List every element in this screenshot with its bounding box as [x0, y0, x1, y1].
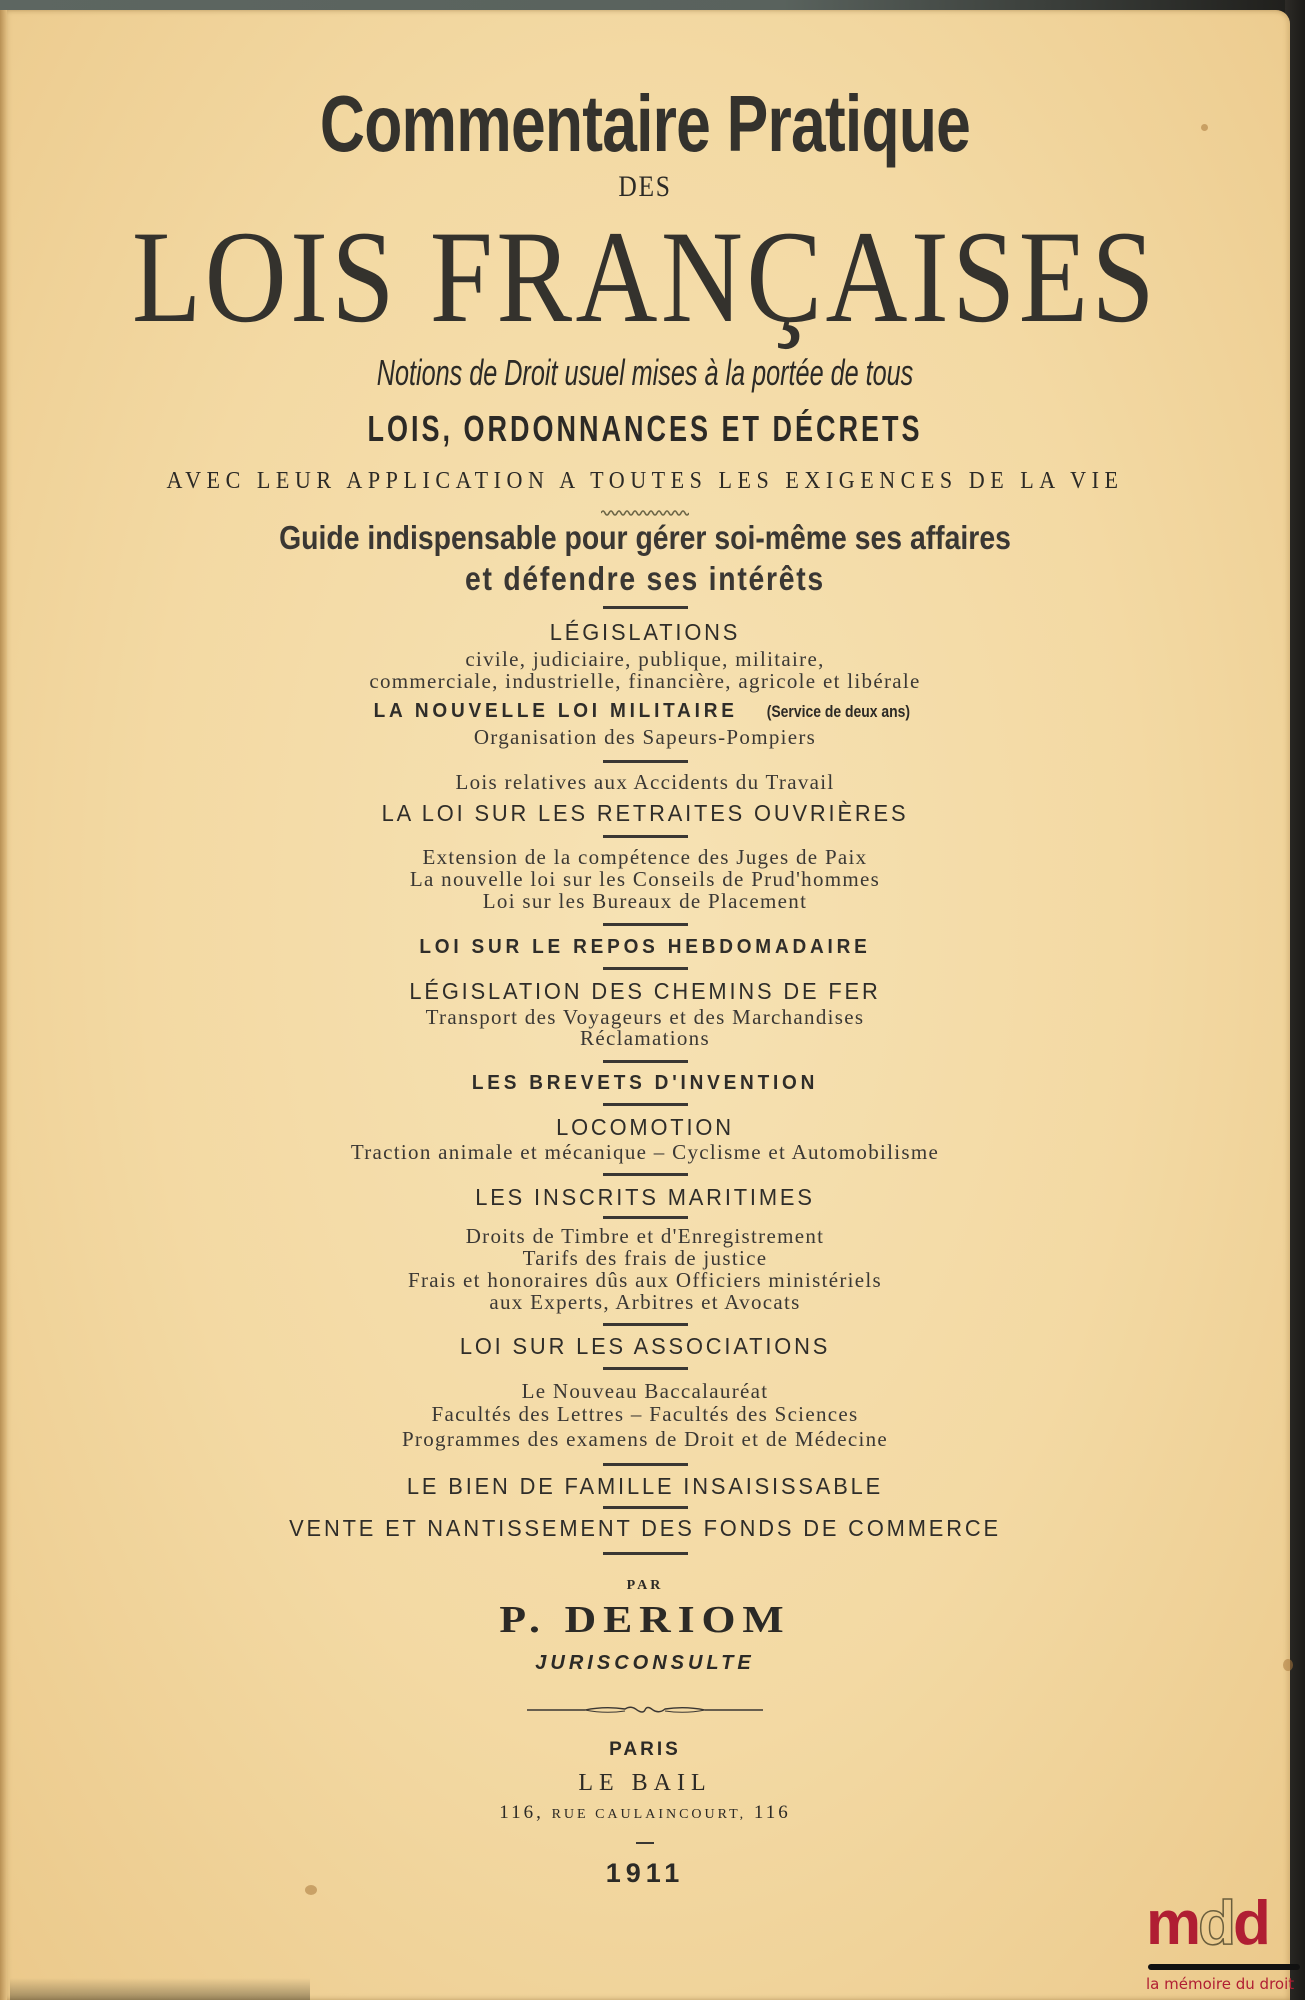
- ornamental-flourish: [0, 1702, 1290, 1723]
- subtitle-italic: Notions de Droit usuel mises à la portée…: [194, 352, 1097, 394]
- section-divider: [603, 1060, 688, 1063]
- section-heading: LE BIEN DE FAMILLE INSAISISSABLE: [32, 1473, 1258, 1500]
- logo-bar: [1148, 1964, 1300, 1970]
- book-title-line-2: LOIS FRANÇAISES: [90, 200, 1199, 353]
- section-line: Le Nouveau Baccalauréat: [0, 1379, 1290, 1404]
- imprint-publisher: LE BAIL: [0, 1770, 1290, 1797]
- section-heading: LOCOMOTION: [32, 1114, 1258, 1141]
- section-divider: [603, 760, 688, 763]
- guide-line-1: Guide indispensable pour gérer soi-même …: [90, 519, 1199, 557]
- section-line: Réclamations: [0, 1026, 1290, 1051]
- section-divider: [603, 835, 688, 838]
- book-title-line-1: Commentaire Pratique: [142, 78, 1148, 170]
- section-line: Loi sur les Bureaux de Placement: [0, 889, 1290, 914]
- book-title-des: DES: [97, 170, 1194, 204]
- section-heading: LES INSCRITS MARITIMES: [32, 1184, 1258, 1211]
- logo-letters: mdd: [1146, 1893, 1268, 1955]
- section-divider: [603, 1103, 688, 1106]
- address-street: RUE CAULAINCOURT,: [552, 1807, 747, 1822]
- section-divider: [603, 1552, 688, 1555]
- military-law-line: LA NOUVELLE LOI MILITAIRE (Service de de…: [0, 700, 1290, 723]
- section-heading: LOI SUR LE REPOS HEBDOMADAIRE: [32, 936, 1258, 959]
- section-divider: [603, 1506, 688, 1509]
- imprint-address: 116, RUE CAULAINCOURT, 116: [0, 1802, 1290, 1824]
- author-par: PAR: [0, 1578, 1290, 1594]
- section-divider: [603, 1323, 688, 1326]
- mdd-watermark-logo: mdd la mémoire du droit: [1146, 1893, 1305, 2000]
- imprint-city: PARIS: [0, 1739, 1290, 1761]
- section-divider: [603, 606, 688, 609]
- section-heading: VENTE ET NANTISSEMENT DES FONDS DE COMME…: [32, 1515, 1258, 1542]
- logo-letter: d: [1198, 1889, 1233, 1958]
- imprint-year: 1911: [0, 1858, 1290, 1889]
- section-divider: [603, 1463, 688, 1466]
- page-bottom-shadow: [10, 1978, 310, 2000]
- section-line: commerciale, industrielle, financière, a…: [0, 669, 1290, 694]
- section-heading: LOI SUR LES ASSOCIATIONS: [32, 1333, 1258, 1360]
- year-dash: [636, 1842, 654, 1844]
- address-number: 116,: [499, 1802, 544, 1823]
- section-line: Lois relatives aux Accidents du Travail: [0, 770, 1290, 795]
- section-heading: LES BREVETS D'INVENTION: [32, 1072, 1258, 1095]
- section-line: aux Experts, Arbitres et Avocats: [0, 1290, 1290, 1315]
- section-line: Traction animale et mécanique – Cyclisme…: [0, 1140, 1290, 1165]
- address-number: 116: [754, 1802, 791, 1823]
- section-line: Organisation des Sapeurs-Pompiers: [0, 725, 1290, 750]
- wavy-rule: [0, 509, 1290, 517]
- section-line: Programmes des examens de Droit et de Mé…: [0, 1427, 1290, 1452]
- section-heading: LÉGISLATION DES CHEMINS DE FER: [32, 978, 1258, 1005]
- section-heading-note: (Service de deux ans): [767, 702, 910, 722]
- guide-line-2: et défendre ses intérêts: [90, 560, 1199, 598]
- subtitle-caps: AVEC LEUR APPLICATION A TOUTES LES EXIGE…: [52, 468, 1239, 495]
- logo-tagline: la mémoire du droit: [1146, 1975, 1294, 1993]
- flourish-icon: [525, 1702, 765, 1718]
- paper-stain: [1201, 124, 1208, 131]
- section-divider: [603, 1216, 688, 1219]
- subtitle-bold: LOIS, ORDONNANCES ET DÉCRETS: [161, 408, 1129, 450]
- author-title: JURISCONSULTE: [0, 1652, 1290, 1675]
- section-line: Facultés des Lettres – Facultés des Scie…: [0, 1402, 1290, 1427]
- section-divider: [603, 1367, 688, 1370]
- wavy-rule-icon: [601, 509, 689, 517]
- section-heading: LÉGISLATIONS: [32, 619, 1258, 646]
- section-divider: [603, 1173, 688, 1176]
- section-heading: LA LOI SUR LES RETRAITES OUVRIÈRES: [32, 800, 1258, 827]
- section-heading: LA NOUVELLE LOI MILITAIRE: [374, 700, 738, 723]
- section-divider: [603, 923, 688, 926]
- section-divider: [603, 967, 688, 970]
- logo-letter: m: [1146, 1889, 1198, 1958]
- author-name: P. DERIOM: [0, 1598, 1305, 1642]
- logo-letter: d: [1233, 1889, 1268, 1958]
